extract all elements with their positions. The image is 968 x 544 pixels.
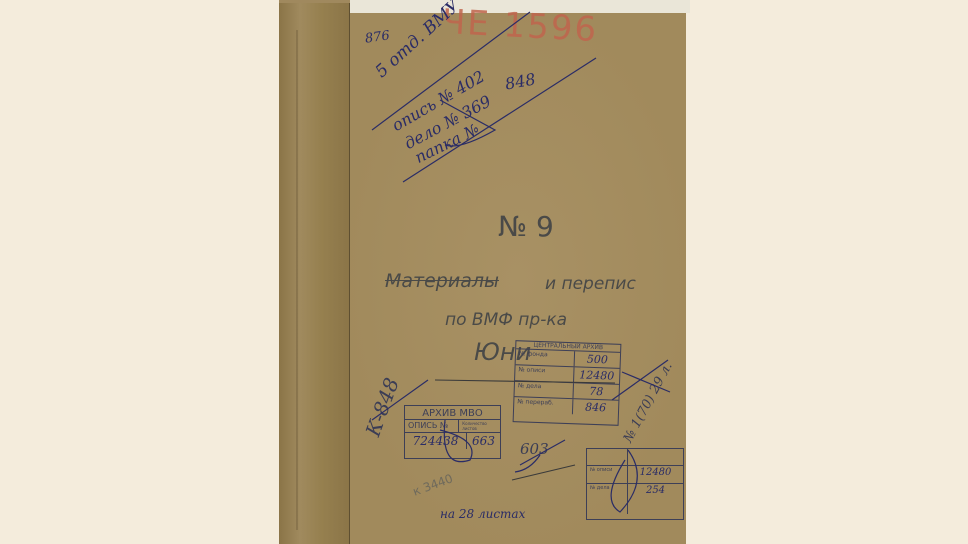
stamp-row: ОПИСЬ № Количество листов [405,420,500,433]
stamp-value: 78 [573,383,618,400]
stamp-row: № описи 12480 [587,466,683,484]
stamp-label [587,449,628,465]
mvo-small-label: Количество листов [459,420,500,432]
red-archive-number: ЧЕ 1596 [441,2,599,50]
stamp-value: 846 [573,399,618,416]
note-603: 603 [520,440,549,458]
stamp-value: 500 [575,351,620,368]
stamp-value: 12480 [574,367,619,384]
mvo-value-right: 663 [467,433,500,449]
mvo-archive-stamp: АРХИВ МВО ОПИСЬ № Количество листов 7244… [404,405,501,459]
mvo-header: АРХИВ МВО [405,406,500,420]
stamp-label: № дела [515,381,574,398]
central-archive-stamp: ЦЕНТРАЛЬНЫЙ АРХИВ № фонда 500 № описи 12… [513,340,622,426]
stamp-row [587,449,683,466]
folder-spine [279,3,350,544]
title-struck: Материалы [385,270,499,292]
stamp-value [628,449,683,465]
stamp-label: № дела [587,484,628,514]
bottom-stamp: № описи 12480 № дела 254 [586,448,684,520]
mvo-value-left: 724438 [405,433,467,449]
title-line-2: по ВМФ пр-ка [445,310,567,330]
spine-crease [296,30,298,530]
title-rest: и перепис [545,274,636,294]
stamp-value: 12480 [628,466,683,483]
stamp-row: № дела 254 [587,484,683,514]
folder-number: № 9 [498,210,554,243]
stamp-label: № фонда [516,349,575,366]
mvo-label: ОПИСЬ № [405,420,459,432]
stamp-label: № описи [515,365,574,382]
sheet-count: на 28 листах [440,507,525,521]
stamp-row: № перераб. 846 [514,397,618,416]
stamp-label: № описи [587,466,628,483]
stamp-row: 724438 663 [405,433,500,449]
stamp-value: 254 [628,484,683,514]
document-viewer: ЧЕ 1596 876 5 отд. ВМУ опись № 402 дело … [0,0,968,544]
stamp-label: № перераб. [514,397,573,414]
